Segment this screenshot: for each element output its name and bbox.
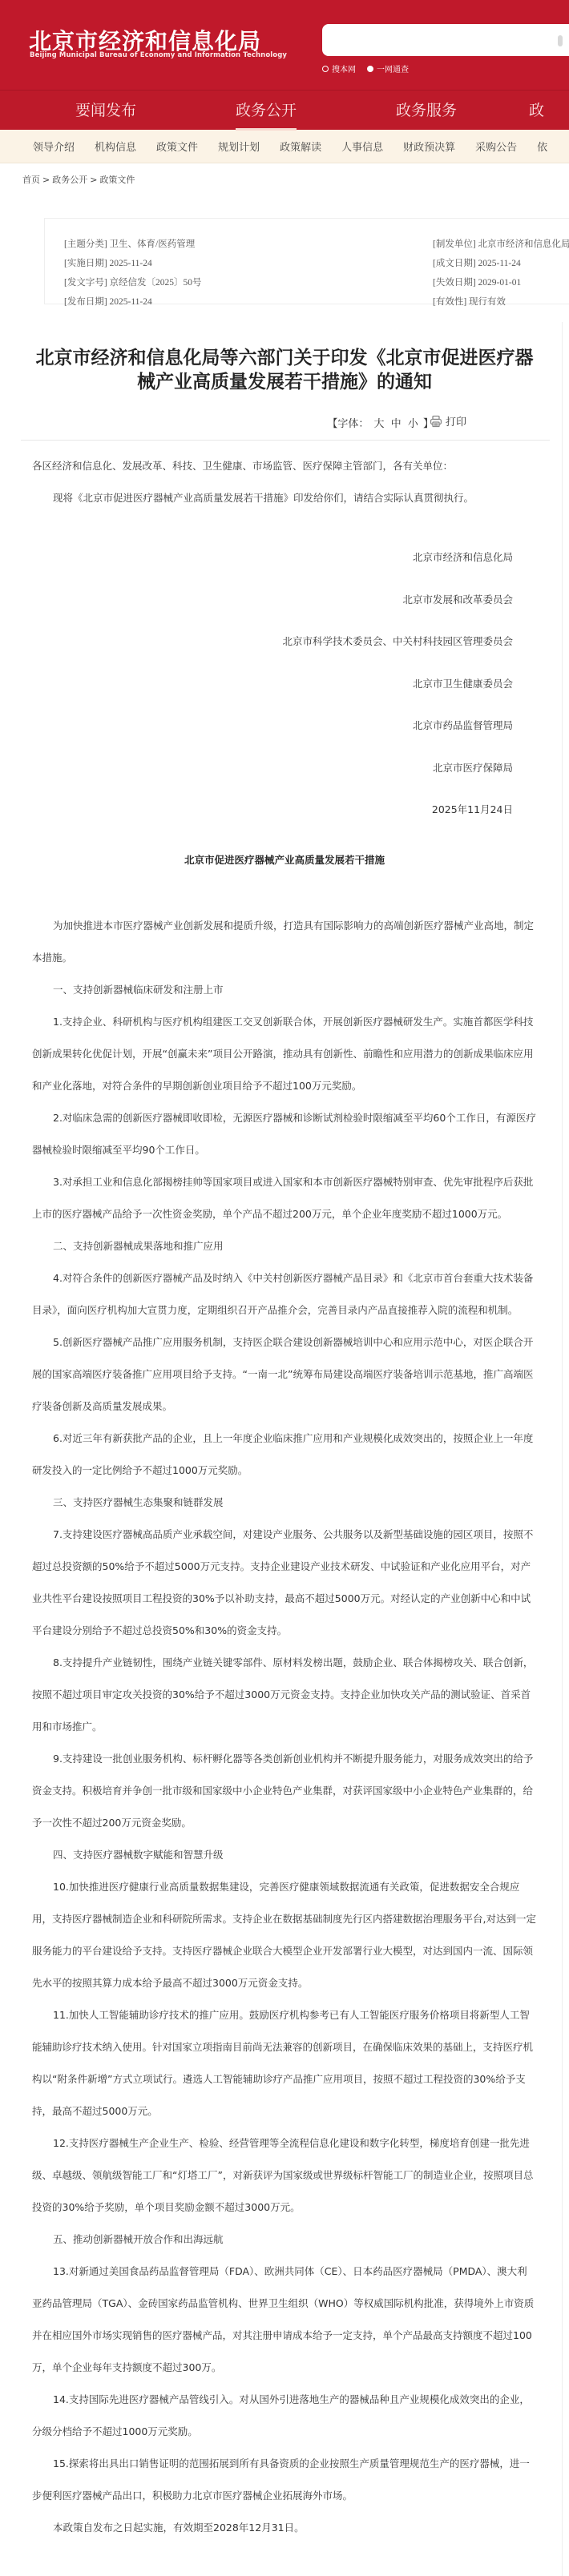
measure-item: 9.支持建设一批创业服务机构、标杆孵化器等各类创新创业机构并不断提升服务能力，对… — [32, 1743, 537, 1839]
font-size-large[interactable]: 大 — [374, 418, 385, 430]
measure-item: 5.创新医疗器械产品推广应用服务机制，支持医企联合建设创新器械培训中心和应用示范… — [32, 1326, 537, 1423]
section-heading: 三、支持医疗器械生态集聚和链群发展 — [32, 1487, 537, 1519]
search-scope-site-radio[interactable]: 搜本网 — [322, 62, 356, 74]
section-heading: 二、支持创新器械成果落地和推广应用 — [32, 1230, 537, 1262]
microphone-icon[interactable] — [558, 35, 563, 46]
main-nav-gov-services[interactable]: 政务服务 — [346, 91, 506, 131]
printer-icon — [430, 415, 442, 428]
search-scope-site-label: 搜本网 — [332, 62, 356, 74]
meta-validity: [有效性] 现行有效 — [433, 292, 569, 312]
signatory: 北京市经济和信息化局 — [32, 537, 513, 579]
font-size-small[interactable]: 小 — [408, 418, 418, 430]
breadcrumb-home[interactable]: 首页 — [22, 175, 40, 185]
measure-item: 15.探索将出具出口销售证明的范围拓展到所有具备资质的企业按照生产质量管理规范生… — [32, 2448, 537, 2512]
signatories: 北京市经济和信息化局 北京市发展和改革委员会 北京市科学技术委员会、中关村科技园… — [32, 537, 537, 831]
meta-document-number: [发文字号] 京经信发〔2025〕50号 — [64, 273, 202, 292]
sub-nav-leaders[interactable]: 领导介绍 — [33, 139, 75, 154]
measure-item: 11.加快人工智能辅助诊疗技术的推广应用。鼓励医疗机构参考已有人工智能医疗服务价… — [32, 1999, 537, 2127]
font-size-label-open: 【字体： — [327, 418, 369, 430]
signatory: 北京市科学技术委员会、中关村科技园区管理委员会 — [32, 621, 513, 663]
print-label: 打印 — [446, 413, 466, 429]
meta-left-column: [主题分类] 卫生、体育/医药管理 [实施日期] 2025-11-24 [发文字… — [64, 235, 202, 312]
measure-item: 2.对临床急需的创新医疗器械即收即检，无源医疗器械和诊断试剂检验时限缩减至平均6… — [32, 1102, 537, 1166]
search-scope-all-radio[interactable]: 一网通查 — [367, 62, 409, 74]
signatory: 北京市卫生健康委员会 — [32, 663, 513, 706]
signatory: 北京市医疗保障局 — [32, 747, 513, 790]
main-nav-gov-affairs[interactable]: 政务公开 — [186, 91, 346, 131]
radio-checked-icon — [367, 66, 373, 72]
intro-paragraph: 现将《北京市促进医疗器械产业高质量发展若干措施》印发给你们，请结合实际认真贯彻执… — [32, 482, 537, 514]
section-heading: 四、支持医疗器械数字赋能和智慧升级 — [32, 1839, 537, 1871]
document-tools: 【字体： 大 中 小 】 打印 — [21, 394, 550, 441]
search-scope-options: 搜本网 一网通查 — [322, 62, 409, 74]
meta-written-date: [成文日期] 2025-11-24 — [433, 254, 569, 273]
salutation: 各区经济和信息化、发展改革、科技、卫生健康、市场监管、医疗保障主管部门，各有关单… — [32, 450, 537, 482]
measure-item: 14.支持国际先进医疗器械产品管线引入。对从国外引进落地生产的器械品种且产业规模… — [32, 2384, 537, 2448]
sub-nav-procurement[interactable]: 采购公告 — [475, 139, 517, 154]
meta-publish-date: [发布日期] 2025-11-24 — [64, 292, 202, 312]
meta-subject-category: [主题分类] 卫生、体育/医药管理 — [64, 235, 202, 254]
measure-item: 3.对承担工业和信息化部揭榜挂帅等国家项目或进入国家和本市创新医疗器械特别审查、… — [32, 1166, 537, 1230]
measure-item: 7.支持建设医疗器械高品质产业承载空间，对建设产业服务、公共服务以及新型基础设施… — [32, 1519, 537, 1647]
sub-nav-budget[interactable]: 财政预决算 — [403, 139, 455, 154]
breadcrumb: 首页>政务公开>政策文件 — [0, 163, 569, 195]
signing-date: 2025年11月24日 — [32, 789, 513, 831]
breadcrumb-separator: > — [42, 175, 50, 185]
font-size-switcher: 【字体： 大 中 小 】 — [327, 415, 434, 430]
document-meta-box: [主题分类] 卫生、体育/医药管理 [实施日期] 2025-11-24 [发文字… — [44, 218, 569, 304]
measure-item: 4.对符合条件的创新医疗器械产品及时纳入《中关村创新医疗器械产品目录》和《北京市… — [32, 1262, 537, 1326]
measure-item: 12.支持医疗器械生产企业生产、检验、经营管理等全流程信息化建设和数字化转型，梯… — [32, 2127, 537, 2224]
signatory: 北京市药品监督管理局 — [32, 705, 513, 747]
meta-effective-date: [实施日期] 2025-11-24 — [64, 254, 202, 273]
radio-unchecked-icon — [322, 66, 329, 72]
print-button[interactable]: 打印 — [430, 413, 466, 429]
sub-nav-plans[interactable]: 规划计划 — [218, 139, 260, 154]
sub-nav-policy-docs[interactable]: 政策文件 — [156, 139, 198, 154]
breadcrumb-policy-docs[interactable]: 政策文件 — [99, 175, 135, 185]
search-scope-all-label: 一网通查 — [377, 62, 409, 74]
site-header: 北京市经济和信息化局 Beijing Municipal Bureau of E… — [0, 0, 569, 90]
measure-item: 13.对新通过美国食品药品监督管理局（FDA）、欧洲共同体（CE）、日本药品医疗… — [32, 2256, 537, 2384]
main-nav-news[interactable]: 要闻发布 — [26, 91, 186, 131]
meta-right-column: [制发单位] 北京市经济和信息化局 [成文日期] 2025-11-24 [失效日… — [433, 235, 569, 312]
sub-nav-personnel[interactable]: 人事信息 — [341, 139, 383, 154]
measures-title: 北京市促进医疗器械产业高质量发展若干措施 — [32, 852, 537, 867]
sub-nav: 领导介绍 机构信息 政策文件 规划计划 政策解读 人事信息 财政预决算 采购公告… — [0, 130, 569, 163]
signatory: 北京市发展和改革委员会 — [32, 579, 513, 622]
measure-item: 6.对近三年有新获批产品的企业，且上一年度企业临床推广应用和产业规模化成效突出的… — [32, 1423, 537, 1487]
measure-item: 8.支持提升产业链韧性，围绕产业链关键零部件、原材料发榜出题，鼓励企业、联合体揭… — [32, 1647, 537, 1743]
breadcrumb-separator: > — [90, 175, 97, 185]
sub-nav-org-info[interactable]: 机构信息 — [95, 139, 136, 154]
section-heading: 五、推动创新器械开放合作和出海远航 — [32, 2224, 537, 2256]
document-body: 北京市经济和信息化局等六部门关于印发《北京市促进医疗器械产业高质量发展若干措施》… — [0, 322, 569, 2576]
breadcrumb-gov-affairs[interactable]: 政务公开 — [52, 175, 87, 185]
document-title: 北京市经济和信息化局等六部门关于印发《北京市促进医疗器械产业高质量发展若干措施》… — [32, 322, 537, 394]
meta-expiry-date: [失效日期] 2029-01-01 — [433, 273, 569, 292]
search-input[interactable] — [322, 24, 569, 56]
site-logo-subtitle: Beijing Municipal Bureau of Economy and … — [30, 51, 287, 59]
closing-paragraph: 本政策自发布之日起实施，有效期至2028年12月31日。 — [32, 2512, 537, 2544]
section-heading: 一、支持创新器械临床研发和注册上市 — [32, 974, 537, 1006]
sub-nav-policy-interpretation[interactable]: 政策解读 — [280, 139, 321, 154]
sub-nav-truncated[interactable]: 依 — [537, 139, 547, 154]
measure-item: 10.加快推进医疗健康行业高质量数据集建设，完善医疗健康领域数据流通有关政策，促… — [32, 1871, 537, 1999]
measure-item: 1.支持企业、科研机构与医疗机构组建医工交叉创新联合体，开展创新医疗器械研发生产… — [32, 1006, 537, 1102]
document-frame-border — [562, 322, 563, 2576]
font-size-medium[interactable]: 中 — [391, 418, 402, 430]
main-nav: 要闻发布 政务公开 政务服务 政 — [0, 90, 569, 130]
meta-issuing-unit: [制发单位] 北京市经济和信息化局 — [433, 235, 569, 254]
preamble-paragraph: 为加快推进本市医疗器械产业创新发展和提质升级，打造具有国际影响力的高端创新医疗器… — [32, 910, 537, 974]
main-nav-truncated[interactable]: 政 — [506, 91, 555, 131]
